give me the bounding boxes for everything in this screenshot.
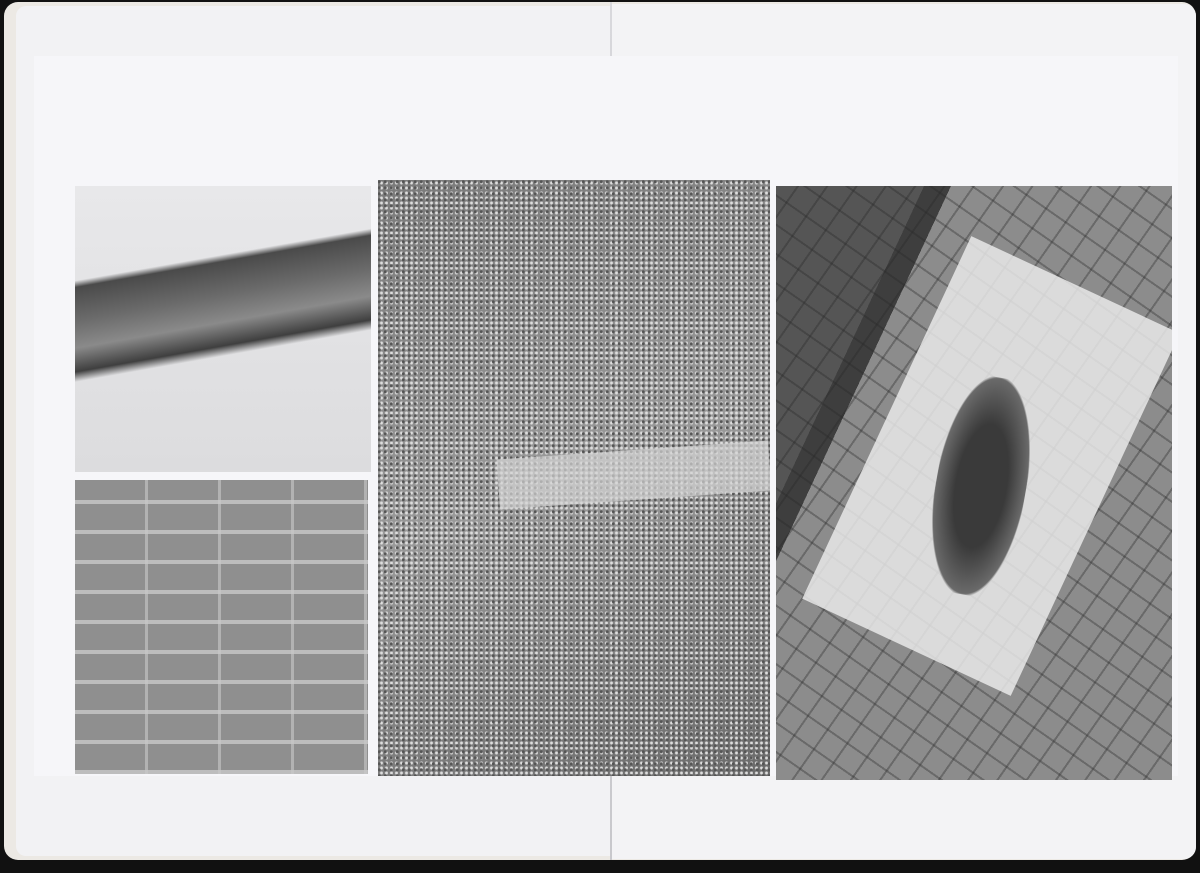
- photo-wall-scribble: [75, 186, 371, 472]
- photo-concrete: [378, 180, 770, 776]
- photo-paving: [776, 186, 1172, 780]
- photo-bricks: [75, 480, 368, 774]
